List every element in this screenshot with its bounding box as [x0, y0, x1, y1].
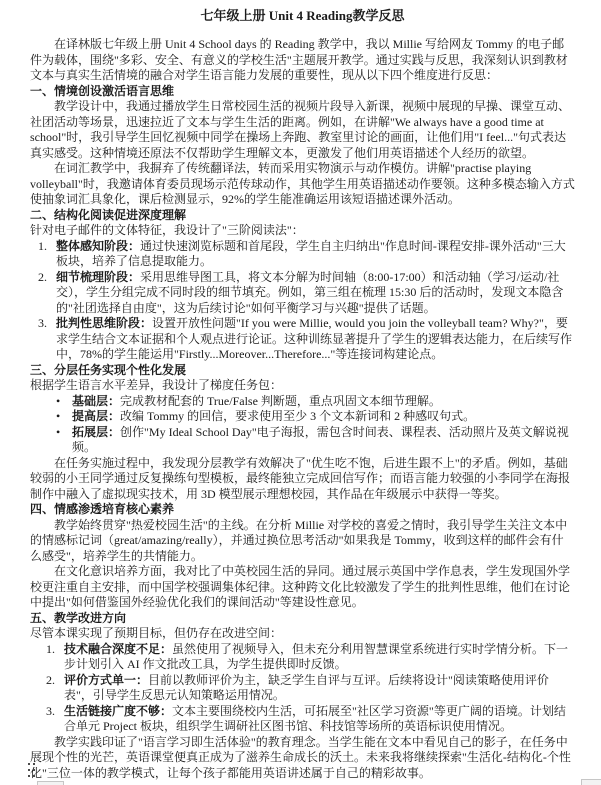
section-2-heading: 二、结构化阅读促进深度理解: [30, 208, 575, 224]
list-item-label: 技术融合深度不足：: [64, 642, 172, 656]
section-5-lead: 尽管本课实现了预期目标，但仍存在改进空间：: [30, 626, 575, 642]
section-1-paragraph-2: 在词汇教学中，我摒弃了传统翻译法，转而采用实物演示与动作模仿。讲解"practi…: [30, 161, 575, 208]
list-item-label: 基础层：: [72, 394, 120, 408]
list-number: 2.: [30, 270, 56, 317]
list-number: 3.: [30, 704, 64, 735]
list-item-text: 完成教材配套的 True/False 判断题，重点巩固文本细节理解。: [120, 394, 441, 408]
numbered-list-item: 2. 细节梳理阶段：采用思维导图工具，将文本分解为时间轴（8:00-17:00）…: [30, 270, 575, 317]
list-item-label: 提高层：: [72, 409, 120, 423]
numbered-list-item: 3. 生活链接广度不够：文本主要围绕校内生活，可拓展至"社区学习资源"等更广阔的…: [30, 704, 575, 735]
section-4-paragraph-1: 教学始终贯穿"热爱校园生活"的主线。在分析 Millie 对学校的喜爱之情时，我…: [30, 518, 575, 565]
list-item-label: 生活链接广度不够：: [64, 704, 172, 718]
list-item-label: 评价方式单一：: [64, 673, 148, 687]
list-number: 1.: [30, 642, 64, 673]
drag-handle-icon[interactable]: [28, 763, 30, 765]
list-item-text: 改编 Tommy 的回信，要求使用至少 3 个文本新词和 2 种感叹句式。: [120, 409, 475, 423]
list-number: 3.: [30, 316, 56, 363]
section-4-paragraph-2: 在文化意识培养方面，我对比了中英校园生活的异同。通过展示英国中学作息表，学生发现…: [30, 564, 575, 611]
bullet-list-item: • 基础层：完成教材配套的 True/False 判断题，重点巩固文本细节理解。: [30, 394, 575, 410]
numbered-list-item: 1. 技术融合深度不足：虽然使用了视频导入，但未充分利用智慧课堂系统进行实时学情…: [30, 642, 575, 673]
section-1-paragraph-1: 教学设计中，我通过播放学生日常校园生活的视频片段导入新课，视频中展现的早操、课堂…: [30, 99, 575, 161]
bullet-icon: •: [56, 409, 72, 425]
section-1-heading: 一、情境创设激活语言思维: [30, 84, 575, 100]
section-4-heading: 四、情感渗透培育核心素养: [30, 502, 575, 518]
numbered-list-item: 3. 批判性思维阶段：设置开放性问题"If you were Millie, w…: [30, 316, 575, 363]
numbered-list-item: 2. 评价方式单一：目前以教师评价为主，缺乏学生自评与互评。后续将设计"阅读策略…: [30, 673, 575, 704]
section-3-heading: 三、分层任务实现个性化发展: [30, 363, 575, 379]
closing-paragraph: 教学实践印证了"语言学习即生活体验"的教育理念。当学生能在文本中看见自己的影子，…: [30, 735, 575, 782]
section-3-paragraph: 在任务实施过程中，我发现分层教学有效解决了"优生吃不饱，后进生跟不上"的矛盾。例…: [30, 456, 575, 503]
bottom-right-resize-handle: [581, 779, 601, 785]
list-item-label: 整体感知阶段：: [56, 239, 140, 253]
list-number: 2.: [30, 673, 64, 704]
document-page: 七年级上册 Unit 4 Reading教学反思 在译林版七年级上册 Unit …: [0, 0, 601, 785]
section-2-lead: 针对电子邮件的文体特征，我设计了"三阶阅读法"：: [30, 223, 575, 239]
intro-paragraph: 在译林版七年级上册 Unit 4 School days 的 Reading 教…: [30, 37, 575, 84]
list-item-text: 创作"My Ideal School Day"电子海报，需包含时间表、课程表、活…: [72, 425, 569, 455]
list-item-label: 批判性思维阶段：: [56, 316, 152, 330]
page-title: 七年级上册 Unit 4 Reading教学反思: [30, 7, 575, 25]
list-item-label: 细节梳理阶段：: [56, 270, 140, 284]
bullet-list-item: • 提高层：改编 Tommy 的回信，要求使用至少 3 个文本新词和 2 种感叹…: [30, 409, 575, 425]
bullet-icon: •: [56, 394, 72, 410]
section-5-heading: 五、教学改进方向: [30, 611, 575, 627]
bottom-left-resize-handle: [37, 781, 64, 785]
bullet-icon: •: [56, 425, 72, 456]
section-3-lead: 根据学生语言水平差异，我设计了梯度任务包：: [30, 378, 575, 394]
numbered-list-item: 1. 整体感知阶段：通过快速浏览标题和首尾段，学生自主归纳出"作息时间-课程安排…: [30, 239, 575, 270]
list-number: 1.: [30, 239, 56, 270]
bullet-list-item: • 拓展层：创作"My Ideal School Day"电子海报，需包含时间表…: [30, 425, 575, 456]
list-item-label: 拓展层：: [72, 425, 120, 439]
